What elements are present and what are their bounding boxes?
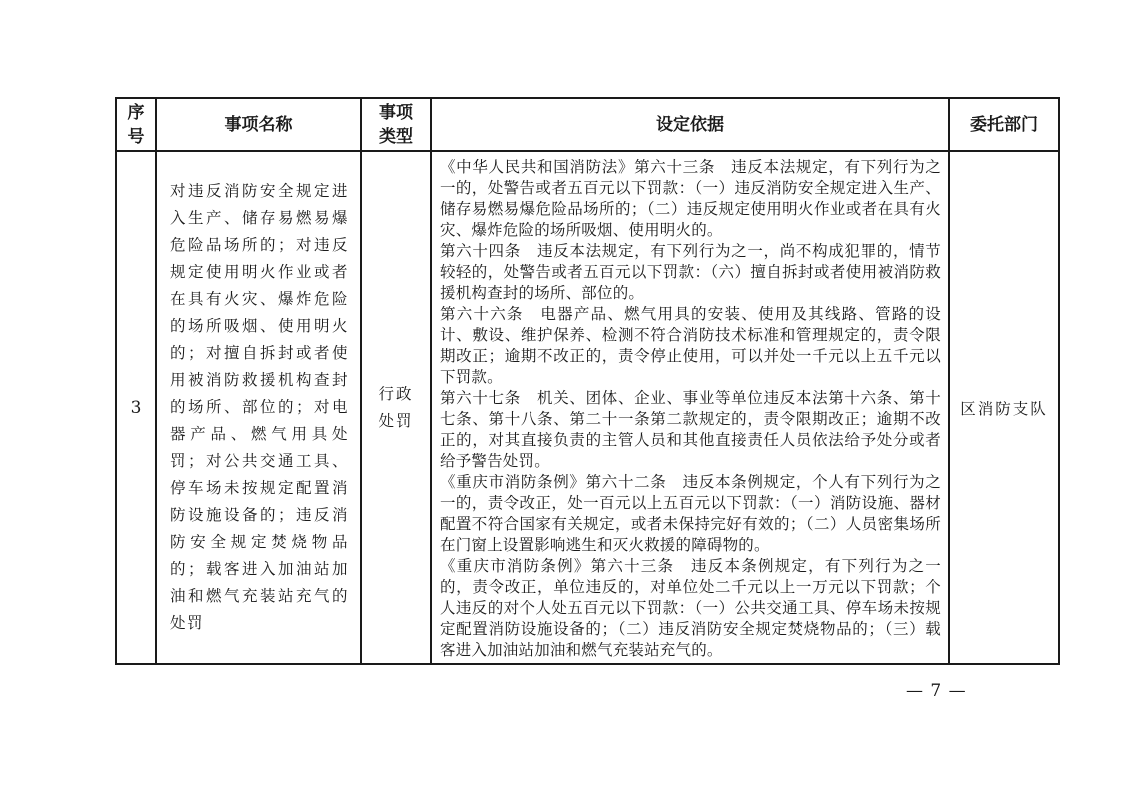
table-row: 3 对违反消防安全规定进入生产、储存易燃易爆危险品场所的；对违反规定使用明火作业… — [116, 151, 1059, 664]
item-name-text: 对违反消防安全规定进入生产、储存易燃易爆危险品场所的；对违反规定使用明火作业或者… — [170, 178, 349, 637]
setting-basis-paragraph: 《中华人民共和国消防法》第六十三条 违反本法规定，有下列行为之一的，处警告或者五… — [440, 157, 941, 241]
page-number: — 7 — — [906, 681, 967, 701]
header-entrusted-department: 委托部门 — [949, 98, 1059, 151]
cell-item-name: 对违反消防安全规定进入生产、储存易燃易爆危险品场所的；对违反规定使用明火作业或者… — [156, 151, 361, 664]
setting-basis-paragraph: 第六十四条 违反本法规定，有下列行为之一，尚不构成犯罪的，情节较轻的，处警告或者… — [440, 241, 941, 304]
table-header-row: 序号 事项名称 事项类型 设定依据 委托部门 — [116, 98, 1059, 151]
setting-basis-paragraph: 《重庆市消防条例》第六十二条 违反本条例规定，个人有下列行为之一的，责令改正，处… — [440, 472, 941, 556]
document-page: 序号 事项名称 事项类型 设定依据 委托部门 3 对违反消防安全规定进入生产、储… — [0, 0, 1122, 793]
header-item-name: 事项名称 — [156, 98, 361, 151]
cell-entrusted-department: 区消防支队 — [949, 151, 1059, 664]
cell-seq-no: 3 — [116, 151, 156, 664]
cell-setting-basis: 《中华人民共和国消防法》第六十三条 违反本法规定，有下列行为之一的，处警告或者五… — [431, 151, 949, 664]
setting-basis-paragraphs: 《中华人民共和国消防法》第六十三条 违反本法规定，有下列行为之一的，处警告或者五… — [440, 157, 941, 661]
cell-item-type: 行政处罚 — [361, 151, 431, 664]
item-type-text: 行政处罚 — [378, 381, 414, 435]
setting-basis-paragraph: 第六十六条 电器产品、燃气用具的安装、使用及其线路、管路的设计、敷设、维护保养、… — [440, 304, 941, 388]
setting-basis-paragraph: 第六十七条 机关、团体、企业、事业等单位违反本法第十六条、第十七条、第十八条、第… — [440, 388, 941, 472]
setting-basis-paragraph: 《重庆市消防条例》第六十三条 违反本条例规定，有下列行为之一的，责令改正，单位违… — [440, 556, 941, 661]
header-item-type: 事项类型 — [361, 98, 431, 151]
header-seq-no: 序号 — [116, 98, 156, 151]
delegation-matters-table: 序号 事项名称 事项类型 设定依据 委托部门 3 对违反消防安全规定进入生产、储… — [115, 97, 1060, 665]
header-setting-basis: 设定依据 — [431, 98, 949, 151]
